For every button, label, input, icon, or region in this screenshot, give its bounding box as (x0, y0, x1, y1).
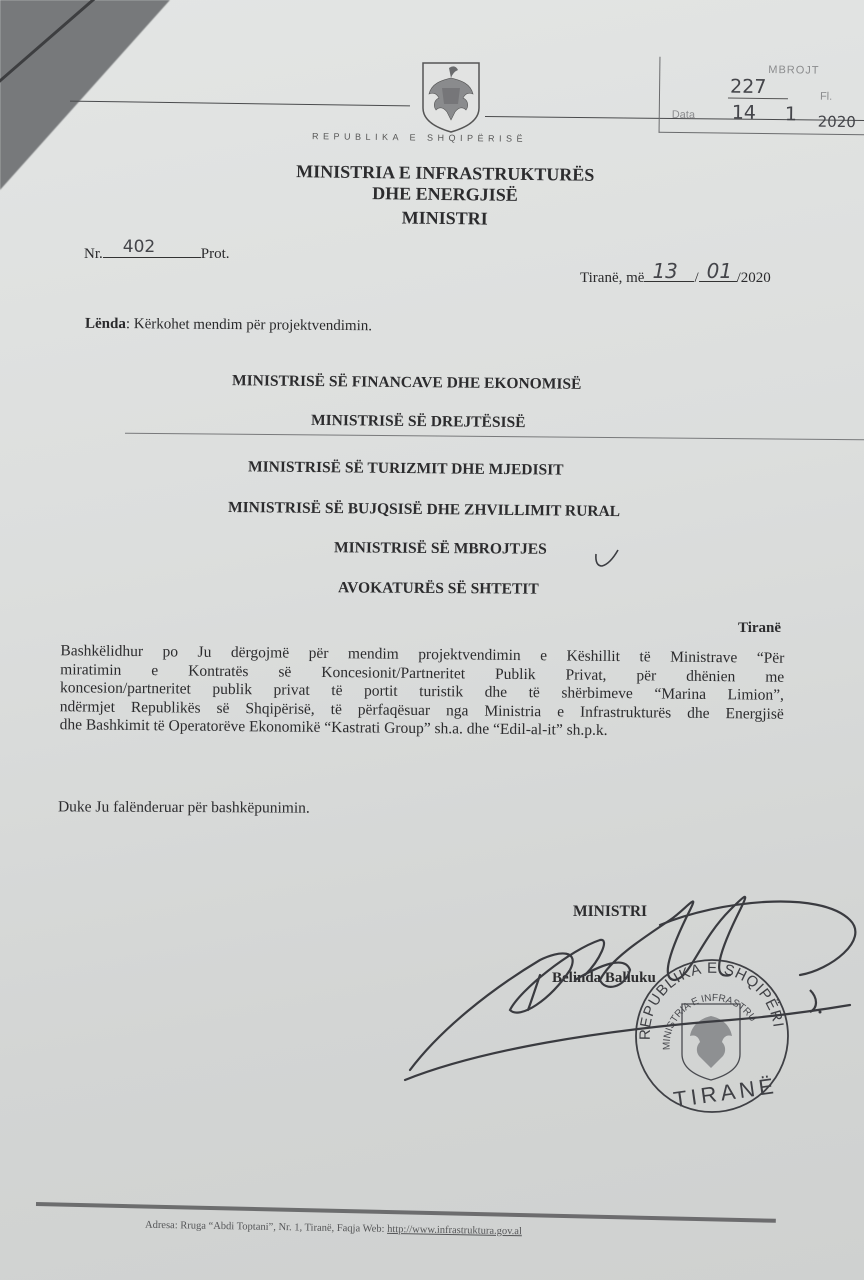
recipient-defence: MINISTRISË SË MBROJTJES (334, 539, 547, 558)
subject-text: : Kërkohet mendim për projektvendimin. (126, 316, 372, 334)
subject-line: Lënda: Kërkohet mendim për projektvendim… (85, 316, 372, 336)
recipient-agriculture: MINISTRISË SË BUJQSISË DHE ZHVILLIMIT RU… (228, 499, 620, 521)
ministry-heading: MINISTRIA E INFRASTRUKTURËS DHE ENERGJIS… (250, 161, 641, 232)
date-prefix: Tiranë, më (580, 270, 644, 286)
page-fold-shadow (0, 0, 170, 190)
stamp-handwritten-year: 2020 (818, 113, 856, 131)
body-paragraph: Bashkëlidhur po Ju dërgojmë për mendim p… (60, 642, 785, 742)
protocol-blank: 402 (103, 243, 201, 258)
protocol-prefix: Nr. (84, 246, 103, 262)
recipient-justice: MINISTRISË SË DREJTËSISË (311, 412, 526, 432)
subject-label: Lënda (85, 316, 126, 332)
date-day: 13 (652, 259, 677, 283)
fold-crease-line (125, 433, 864, 440)
stamp-handwritten-month: 1 (785, 103, 797, 125)
stamp-label-date: Data (672, 109, 695, 121)
date-year: /2020 (737, 270, 771, 286)
handwritten-signature-icon (400, 880, 864, 1100)
recipient-tourism: MINISTRISË SË TURIZMIT DHE MJEDISIT (248, 458, 564, 479)
date-month-blank: 01 (699, 267, 737, 282)
date-day-blank: 13 (644, 267, 694, 282)
incoming-register-stamp: MBROJT Fl. Data 227 14 1 2020 (659, 57, 864, 136)
document-date-line: Tiranë, më13/01/2020 (580, 267, 771, 287)
footer-address: Adresa: Rruga “Abdi Toptani”, Nr. 1, Tir… (145, 1220, 522, 1238)
footer-website-link[interactable]: http://www.infrastruktura.gov.al (387, 1224, 522, 1237)
protocol-number: 402 (123, 237, 155, 257)
ministry-name-line3: MINISTRI (250, 206, 640, 232)
closing-line: Duke Ju falënderuar për bashkëpunimin. (58, 798, 310, 817)
republic-heading: REPUBLIKA E SHQIPËRISË (312, 131, 612, 145)
stamp-handwritten-number: 227 (730, 76, 767, 98)
recipients-city: Tiranë (738, 620, 781, 637)
stamp-handwritten-day: 14 (732, 102, 756, 124)
document-page: REPUBLIKA E SHQIPËRISË MINISTRIA E INFRA… (0, 0, 864, 1280)
recipient-finance: MINISTRISË SË FINANCAVE DHE EKONOMISË (232, 372, 582, 394)
protocol-suffix: Prot. (201, 246, 230, 262)
stamp-label-fl: Fl. (820, 91, 832, 103)
stamp-number-underline (728, 98, 788, 100)
check-mark-icon (592, 546, 622, 572)
date-month: 01 (707, 259, 732, 283)
protocol-number-line: Nr.402Prot. (84, 243, 230, 263)
footer-address-text: Adresa: Rruga “Abdi Toptani”, Nr. 1, Tir… (145, 1220, 387, 1235)
stamp-label-top: MBROJT (768, 64, 819, 77)
albanian-coat-of-arms-icon (420, 60, 482, 134)
recipient-state-advocacy: AVOKATURËS SË SHTETIT (338, 579, 539, 598)
